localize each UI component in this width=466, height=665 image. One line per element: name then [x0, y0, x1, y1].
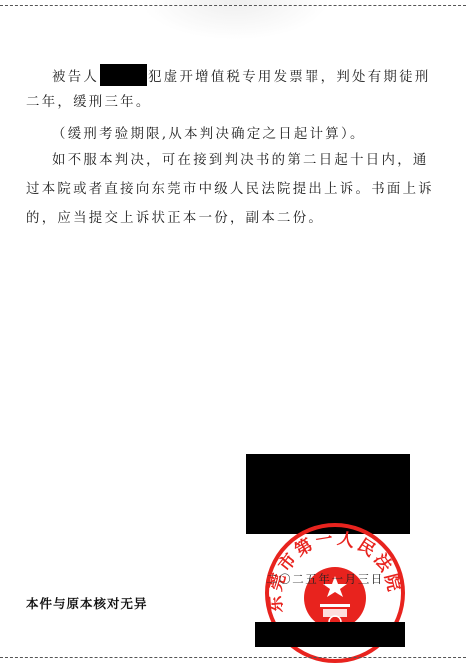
probation-note: （缓刑考验期限,从本判决确定之日起计算）。 — [52, 122, 432, 148]
appeal-line-1: 如不服本判决，可在接到判决书的第二日起十日内，通 — [52, 148, 432, 174]
appeal-line-3: 的，应当提交上诉状正本一份，副本二份。 — [26, 206, 406, 232]
appeal-line-2: 过本院或者直接向东莞市中级人民法院提出上诉。书面上诉 — [26, 177, 406, 203]
certification-text: 本件与原本核对无异 — [26, 594, 148, 612]
verdict-paragraph: 被告人犯虚开增值税专用发票罪，判处有期徒刑 — [52, 64, 432, 91]
verdict-line-2: 二年，缓刑三年。 — [26, 90, 406, 116]
page-shadow — [140, 0, 330, 40]
judgment-date: 二〇二五年一月三日 — [266, 571, 384, 587]
verdict-prefix: 被告人 — [52, 70, 99, 85]
page-break-bottom — [0, 657, 466, 658]
redacted-clerk-name — [255, 622, 405, 647]
page-break-top — [0, 5, 466, 6]
verdict-suffix: 犯虚开增值税专用发票罪，判处有期徒刑 — [148, 70, 430, 85]
redacted-defendant-name — [100, 64, 147, 86]
